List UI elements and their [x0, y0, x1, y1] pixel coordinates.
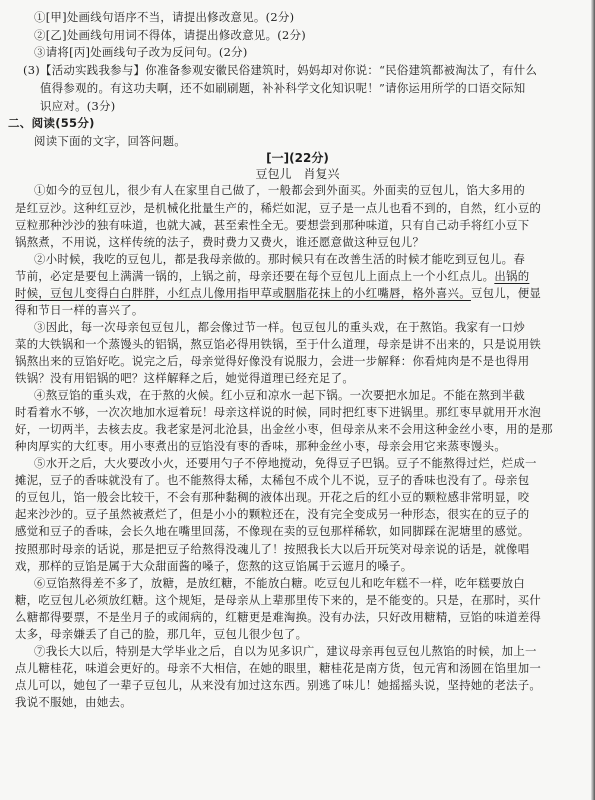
p7-line-1: ⑦我长大以后，特别是大学毕业之后，自以为见多识广，建议母亲再包豆包儿熬馅的时候，… — [34, 643, 537, 660]
sub-section-heading: [一](22分) — [0, 149, 595, 166]
p5-line-3: 的豆包儿，馅一般会比较干，不会有那种黏稠的液体出现。开花之后的红小豆的颗粒感非常… — [15, 489, 529, 506]
q2-item-3: ③请将[丙]处画线句子改为反问句。(2分) — [34, 44, 248, 61]
q2-item-2: ②[乙]处画线句用词不得体，请提出修改意见。(2分) — [34, 27, 306, 44]
p3-line-4: 铁锅？没有用铝锅的吧？这样解释之后，她觉得道理已经充足了。 — [15, 370, 354, 387]
p5-line-1: ⑤水开之后，大火要改小火，还要用勺子不停地搅动，免得豆子巴锅。豆子不能熬得过烂，… — [34, 455, 537, 472]
p5-line-4: 起来沙沙的。豆子虽然被煮烂了，但是小小的颗粒还在，没有完全变成另一种形态，很实在… — [15, 506, 529, 523]
p2-line-3: 时候，豆包儿变得白白胖胖，小红点儿像用指甲草或胭脂花抹上的小红嘴唇，格外喜兴。豆… — [15, 285, 541, 302]
q3-line-3: 识应对。(3分) — [40, 98, 116, 115]
p5-line-6: 按照那时母亲的话说，那是把豆子给熬得没魂儿了！按照我长大以后开玩笑对母亲说的话是… — [15, 541, 529, 558]
p5-line-7: 戏，那样的豆馅是属于大众甜面酱的嗓子，您熬的这豆馅属于云遮月的嗓子。 — [15, 558, 412, 575]
p4-line-2: 时看着水不够，一次次地加水逗着玩！母亲这样说的时候，同时把红枣下进锅里。那红枣早… — [15, 404, 541, 421]
underlined-sentence-start: 出锅的 — [494, 269, 529, 283]
p1-line-1: ①如今的豆包儿，很少有人在家里自己做了，一般都会到外面买。外面卖的豆包儿，馅大多… — [34, 182, 525, 199]
p1-line-4: 锅熬煮，不用说，这样传统的法子，费时费力又费火，谁还愿意做这种豆包儿？ — [15, 234, 424, 251]
article-title: 豆包儿 肖复兴 — [0, 165, 595, 182]
exam-page: ①[甲]处画线句语序不当，请提出修改意见。(2分) ②[乙]处画线句用词不得体，… — [0, 0, 595, 800]
p4-line-3: 好，一切两半，去核去皮。我老家是河北沧县，出金丝小枣，但母亲从来不会用这种金丝小… — [15, 421, 553, 438]
p6-line-2: 糖，吃豆包儿必须放红糖。这个规矩，是母亲从上辈那里传下来的，是不能变的。只是，在… — [15, 592, 541, 609]
q3-line-2: 值得参观的。有这功夫啊，还不如刷刷题，补补科学文化知识呢！”请你运用所学的口语交… — [40, 80, 525, 97]
scan-edge — [591, 0, 595, 800]
q3-line-1: (3)【活动实践我参与】你准备参观安徽民俗建筑时，妈妈却对你说：“民俗建筑都被淘… — [23, 62, 537, 79]
p1-line-2: 是红豆沙。这种红豆沙，是机械化批量生产的，稀烂如泥，豆子是一点儿也看不到的，自然… — [15, 200, 541, 217]
p3-line-1: ③因此，每一次母亲包豆包儿，都会像过节一样。包豆包儿的重头戏，在于熬馅。我家有一… — [34, 319, 525, 336]
p4-line-1: ④熬豆馅的重头戏，在于熬的火候。红小豆和凉水一起下锅。一次要把水加足。不能在熬到… — [34, 387, 525, 404]
p7-line-4: 我说不服她，由她去。 — [15, 694, 132, 711]
p2-line-2-plain: 节前，必定是要包上满满一锅的，上锅之前，母亲还要在每个豆包儿上面点上一个小红点儿… — [15, 269, 494, 283]
reading-instruction: 阅读下面的文字，回答问题。 — [34, 133, 186, 150]
p5-line-2: 摊泥，豆子的香味就没有了。也不能熬得太稀，太稀包不成个儿不说，豆子的香味也没有了… — [15, 472, 529, 489]
q2-item-1: ①[甲]处画线句语序不当，请提出修改意见。(2分) — [34, 9, 294, 26]
underlined-sentence-end: 时候，豆包儿变得白白胖胖，小红点儿像用指甲草或胭脂花抹上的小红嘴唇，格外喜兴。 — [15, 286, 471, 300]
p2-line-3-plain: 豆包儿，便显 — [471, 286, 541, 300]
p6-line-3: 么糖都得要票，不是坐月子的或闹病的，红糖更是难淘换。没有办法，只好改用糖精，豆馅… — [15, 609, 541, 626]
p2-line-1: ②小时候，我吃的豆包儿，都是我母亲做的。那时候只有在改善生活的时候才能吃到豆包儿… — [34, 251, 525, 268]
p4-line-4: 种肉厚实的大红枣。用小枣煮出的豆馅没有枣的香味，那种金丝小枣，母亲会用它来蒸枣馒… — [15, 438, 506, 455]
p7-line-3: 点儿可以，她包了一辈子豆包儿，从来没有加过这东西。别逃了味儿！她摇摇头说，坚持她… — [15, 677, 541, 694]
section-heading: 二、阅读(55分) — [8, 115, 95, 132]
p1-line-3: 豆粒那种沙沙的独有味道，也就大减，甚至索性全无。要想尝到那种味道，只有自己动手将… — [15, 217, 529, 234]
p3-line-2: 菜的大铁锅和一个蒸馒头的铝锅，熬豆馅必得用铁锅，至于什么道理，母亲是讲不出来的，… — [15, 336, 541, 353]
p3-line-3: 锅熬出来的豆馅好吃。说完之后，母亲觉得好像没有说服力，会进一步解释：你看炖肉是不… — [15, 353, 529, 370]
p6-line-4: 太多，母亲嫌丢了自己的脸，那几年，豆包儿很少包了。 — [15, 626, 307, 643]
p7-line-2: 点儿糖桂花，味道会更好的。母亲不大相信，在她的眼里，糖桂花是南方货，包元宵和汤圆… — [15, 660, 541, 677]
p5-line-5: 感觉和豆子的香味，会长久地在嘴里回荡，不像现在卖的豆包那样稀软，如同脚踩在泥塘里… — [15, 523, 529, 540]
p6-line-1: ⑥豆馅熬得差不多了，放糖，是放红糖，不能放白糖。吃豆包儿和吃年糕不一样，吃年糕要… — [34, 575, 525, 592]
p2-line-4: 得和节日一样的喜兴了。 — [15, 302, 144, 319]
p2-line-2: 节前，必定是要包上满满一锅的，上锅之前，母亲还要在每个豆包儿上面点上一个小红点儿… — [15, 268, 529, 285]
